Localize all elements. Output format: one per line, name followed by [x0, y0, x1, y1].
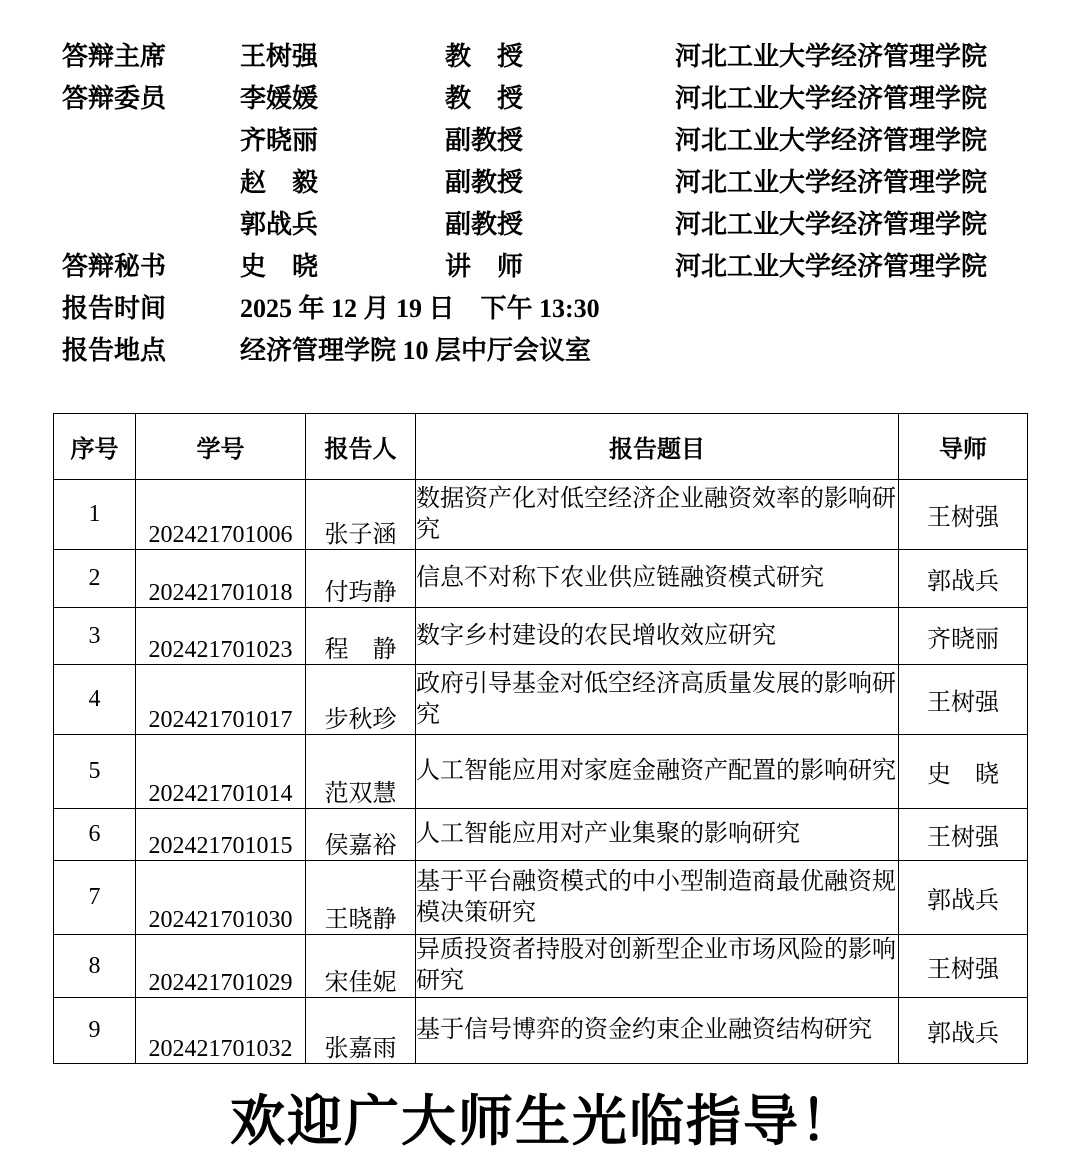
member-affiliation: 河北工业大学经济管理学院	[675, 36, 1087, 78]
report-place-value: 经济管理学院 10 层中厅会议室	[240, 330, 1087, 372]
cell-topic: 信息不对称下农业供应链融资模式研究	[416, 550, 899, 608]
report-time-label: 报告时间	[62, 288, 240, 330]
table-row: 2 202421701018 付玙静 信息不对称下农业供应链融资模式研究 郭战兵	[54, 550, 1028, 608]
cell-topic: 数字乡村建设的农民增收效应研究	[416, 608, 899, 665]
member-name: 李媛媛	[240, 78, 445, 120]
cell-advisor: 郭战兵	[899, 998, 1028, 1064]
cell-no: 7	[54, 861, 136, 935]
cell-no: 6	[54, 809, 136, 861]
role-label	[62, 204, 240, 246]
report-place-row: 报告地点 经济管理学院 10 层中厅会议室	[62, 330, 1087, 372]
cell-presenter: 张子涵	[306, 480, 416, 550]
cell-advisor: 史 晓	[899, 735, 1028, 809]
cell-student-id: 202421701015	[136, 809, 306, 861]
cell-student-id: 202421701030	[136, 861, 306, 935]
cell-topic: 异质投资者持股对创新型企业市场风险的影响研究	[416, 935, 899, 998]
committee-row: 赵 毅 副教授 河北工业大学经济管理学院	[62, 162, 1087, 204]
cell-no: 5	[54, 735, 136, 809]
cell-advisor: 郭战兵	[899, 550, 1028, 608]
table-row: 5 202421701014 范双慧 人工智能应用对家庭金融资产配置的影响研究 …	[54, 735, 1028, 809]
member-affiliation: 河北工业大学经济管理学院	[675, 78, 1087, 120]
header-student-id: 学号	[136, 414, 306, 480]
cell-presenter: 王晓静	[306, 861, 416, 935]
member-name: 郭战兵	[240, 204, 445, 246]
table-row: 4 202421701017 步秋珍 政府引导基金对低空经济高质量发展的影响研究…	[54, 665, 1028, 735]
member-name: 赵 毅	[240, 162, 445, 204]
report-place-label: 报告地点	[62, 330, 240, 372]
table-row: 9 202421701032 张嘉雨 基于信号博弈的资金约束企业融资结构研究 郭…	[54, 998, 1028, 1064]
member-name: 齐晓丽	[240, 120, 445, 162]
cell-no: 4	[54, 665, 136, 735]
report-time-value: 2025 年 12 月 19 日 下午 13:30	[240, 288, 1087, 330]
role-label: 答辩委员	[62, 78, 240, 120]
header-topic: 报告题目	[416, 414, 899, 480]
role-label	[62, 120, 240, 162]
header-presenter: 报告人	[306, 414, 416, 480]
cell-presenter: 步秋珍	[306, 665, 416, 735]
committee-row: 答辩主席 王树强 教 授 河北工业大学经济管理学院	[62, 36, 1087, 78]
cell-no: 8	[54, 935, 136, 998]
member-affiliation: 河北工业大学经济管理学院	[675, 162, 1087, 204]
report-time-row: 报告时间 2025 年 12 月 19 日 下午 13:30	[62, 288, 1087, 330]
defense-announcement-page: 答辩主席 王树强 教 授 河北工业大学经济管理学院 答辩委员 李媛媛 教 授 河…	[0, 0, 1087, 1168]
cell-student-id: 202421701018	[136, 550, 306, 608]
committee-row: 齐晓丽 副教授 河北工业大学经济管理学院	[62, 120, 1087, 162]
cell-presenter: 侯嘉裕	[306, 809, 416, 861]
cell-topic: 人工智能应用对家庭金融资产配置的影响研究	[416, 735, 899, 809]
header-no: 序号	[54, 414, 136, 480]
header-row: 序号 学号 报告人 报告题目 导师	[54, 414, 1028, 480]
role-label: 答辩秘书	[62, 246, 240, 288]
cell-student-id: 202421701023	[136, 608, 306, 665]
cell-student-id: 202421701029	[136, 935, 306, 998]
cell-presenter: 程 静	[306, 608, 416, 665]
cell-no: 3	[54, 608, 136, 665]
table-row: 1 202421701006 张子涵 数据资产化对低空经济企业融资效率的影响研究…	[54, 480, 1028, 550]
member-affiliation: 河北工业大学经济管理学院	[675, 204, 1087, 246]
table-row: 3 202421701023 程 静 数字乡村建设的农民增收效应研究 齐晓丽	[54, 608, 1028, 665]
member-title: 讲 师	[445, 246, 675, 288]
cell-presenter: 付玙静	[306, 550, 416, 608]
cell-presenter: 范双慧	[306, 735, 416, 809]
cell-topic: 基于信号博弈的资金约束企业融资结构研究	[416, 998, 899, 1064]
cell-student-id: 202421701017	[136, 665, 306, 735]
cell-advisor: 王树强	[899, 480, 1028, 550]
cell-presenter: 宋佳妮	[306, 935, 416, 998]
defense-info-block: 答辩主席 王树强 教 授 河北工业大学经济管理学院 答辩委员 李媛媛 教 授 河…	[0, 0, 1087, 372]
table-row: 6 202421701015 侯嘉裕 人工智能应用对产业集聚的影响研究 王树强	[54, 809, 1028, 861]
committee-row: 答辩委员 李媛媛 教 授 河北工业大学经济管理学院	[62, 78, 1087, 120]
header-advisor: 导师	[899, 414, 1028, 480]
cell-no: 9	[54, 998, 136, 1064]
schedule-table-header: 序号 学号 报告人 报告题目 导师	[54, 414, 1028, 480]
committee-row: 答辩秘书 史 晓 讲 师 河北工业大学经济管理学院	[62, 246, 1087, 288]
cell-student-id: 202421701032	[136, 998, 306, 1064]
welcome-banner: 欢迎广大师生光临指导！	[0, 1091, 1087, 1151]
member-affiliation: 河北工业大学经济管理学院	[675, 246, 1087, 288]
cell-student-id: 202421701014	[136, 735, 306, 809]
cell-presenter: 张嘉雨	[306, 998, 416, 1064]
cell-no: 2	[54, 550, 136, 608]
cell-advisor: 齐晓丽	[899, 608, 1028, 665]
member-title: 教 授	[445, 78, 675, 120]
member-name: 史 晓	[240, 246, 445, 288]
cell-topic: 政府引导基金对低空经济高质量发展的影响研究	[416, 665, 899, 735]
member-affiliation: 河北工业大学经济管理学院	[675, 120, 1087, 162]
schedule-table-body: 1 202421701006 张子涵 数据资产化对低空经济企业融资效率的影响研究…	[54, 480, 1028, 1064]
member-title: 教 授	[445, 36, 675, 78]
cell-advisor: 郭战兵	[899, 861, 1028, 935]
role-label	[62, 162, 240, 204]
committee-row: 郭战兵 副教授 河北工业大学经济管理学院	[62, 204, 1087, 246]
member-title: 副教授	[445, 204, 675, 246]
cell-no: 1	[54, 480, 136, 550]
member-name: 王树强	[240, 36, 445, 78]
member-title: 副教授	[445, 120, 675, 162]
cell-topic: 数据资产化对低空经济企业融资效率的影响研究	[416, 480, 899, 550]
schedule-table: 序号 学号 报告人 报告题目 导师 1 202421701006 张子涵 数据资…	[53, 413, 1028, 1064]
cell-topic: 人工智能应用对产业集聚的影响研究	[416, 809, 899, 861]
table-row: 7 202421701030 王晓静 基于平台融资模式的中小型制造商最优融资规模…	[54, 861, 1028, 935]
cell-topic: 基于平台融资模式的中小型制造商最优融资规模决策研究	[416, 861, 899, 935]
cell-advisor: 王树强	[899, 935, 1028, 998]
cell-student-id: 202421701006	[136, 480, 306, 550]
cell-advisor: 王树强	[899, 809, 1028, 861]
table-row: 8 202421701029 宋佳妮 异质投资者持股对创新型企业市场风险的影响研…	[54, 935, 1028, 998]
member-title: 副教授	[445, 162, 675, 204]
role-label: 答辩主席	[62, 36, 240, 78]
cell-advisor: 王树强	[899, 665, 1028, 735]
